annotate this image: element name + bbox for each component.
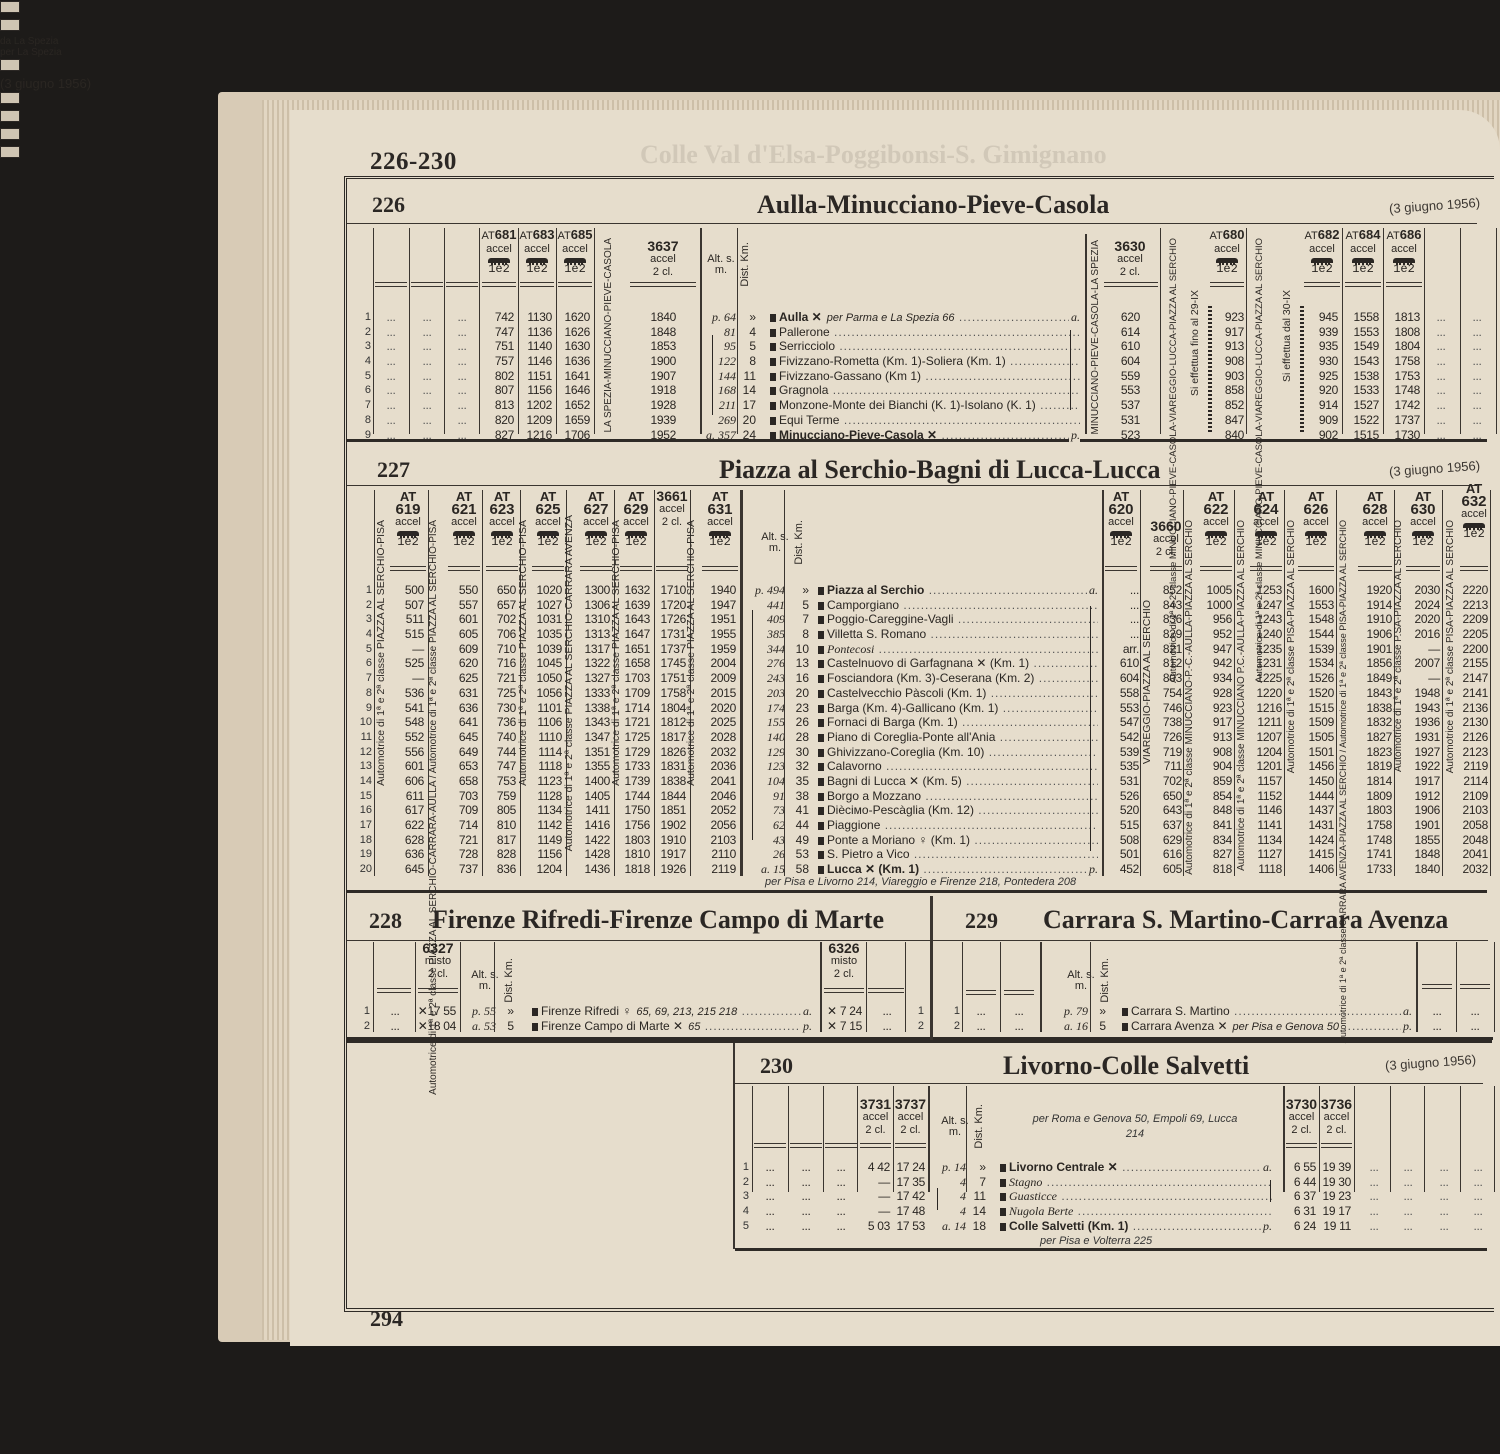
time-column: 162016261630163616411646165216591706 <box>556 310 590 442</box>
time-cell: 706 <box>484 627 516 642</box>
train-type: accel <box>1100 253 1160 266</box>
time-cell: 1201 <box>1248 759 1282 774</box>
time-cell: 616 <box>1148 847 1182 862</box>
empty-cell: ... <box>380 1019 410 1034</box>
column-divider <box>1496 228 1497 434</box>
footnote: per Pisa e Livorno 214, Viareggio e Fire… <box>765 876 1076 888</box>
station-marker-icon <box>1000 1208 1006 1216</box>
column-divider <box>1354 1086 1355 1192</box>
station-name: Fornaci di Barga (Km. 1) <box>827 715 958 729</box>
column-divider <box>1284 490 1285 876</box>
route-note: Automotrice di 1ª e 2ª classe PISA-PIAZZ… <box>1445 520 1456 773</box>
time-cell: 1725 <box>618 730 650 745</box>
time-cell: 26 <box>741 847 785 862</box>
station-row: Piaggione ..............................… <box>818 818 1098 833</box>
time-cell: 1211 <box>1248 715 1282 730</box>
time-cell: 5 <box>787 598 809 613</box>
time-cell: 657 <box>484 598 516 613</box>
empty-cell: ... <box>1430 1175 1458 1190</box>
railcar-icon <box>625 531 647 536</box>
time-cell: 1651 <box>618 642 650 657</box>
empty-column: ........................... <box>412 310 442 442</box>
time-cell: 19 39 <box>1319 1160 1351 1175</box>
time-cell: 747 <box>484 759 516 774</box>
time-cell: 523 <box>1110 428 1140 443</box>
station-marker-icon <box>770 402 776 410</box>
time-cell: 759 <box>484 789 516 804</box>
station-row: Guasticce ..............................… <box>1000 1189 1272 1204</box>
station-marker-icon <box>532 1023 538 1031</box>
time-cell: p. 64 <box>700 310 736 325</box>
time-cell: 611 <box>388 789 424 804</box>
station-name: Ghivizzano-Coreglia (Km. 10) <box>827 745 984 759</box>
time-cell: 945 <box>1302 310 1338 325</box>
arrival-departure-mark: p. <box>1401 1019 1412 1034</box>
route-note: Automotrice di 1ª e 2ª classe MINUCCIANO… <box>1236 520 1247 871</box>
station-marker-icon <box>818 837 824 845</box>
time-cell: 4 <box>738 325 756 340</box>
empty-cell: ... <box>827 1204 855 1219</box>
table-number: 227 <box>377 457 410 483</box>
header-rule <box>1460 984 1490 989</box>
train-class: 2 cl. <box>1148 546 1184 559</box>
leader-dots: ........................................… <box>882 759 1098 773</box>
time-cell: 658 <box>446 774 478 789</box>
time-cell: 6 24 <box>1284 1219 1316 1234</box>
column-divider <box>866 942 867 1032</box>
time-cell: 641 <box>446 715 478 730</box>
empty-cell: ... <box>756 1204 784 1219</box>
restaurant-icon <box>0 0 1500 18</box>
empty-cell: ... <box>447 354 477 369</box>
page-range-header: 226-230 <box>370 148 457 176</box>
table-226-body: 123456789...............................… <box>0 0 1500 76</box>
train-number: 3736 <box>1319 1098 1354 1111</box>
time-cell: 556 <box>388 745 424 760</box>
time-cell: 1900 <box>640 354 676 369</box>
train-number: 621 <box>446 503 482 516</box>
altitude-column: p. 648195122144168211269a. 357 <box>700 310 736 442</box>
train-prefix: AT <box>1210 230 1223 242</box>
train-id: AT685 <box>556 228 594 243</box>
time-cell: — <box>858 1204 890 1219</box>
time-cell: 537 <box>1110 398 1140 413</box>
time-cell: 610 <box>1110 339 1140 354</box>
time-cell: 1127 <box>1248 847 1282 862</box>
time-column: 923917913908903858852847840 <box>1210 310 1244 442</box>
time-cell: 1538 <box>1343 369 1379 384</box>
to-note: per La Spezia <box>0 47 1500 58</box>
time-cell: 1156 <box>518 383 552 398</box>
header-rule <box>482 282 516 287</box>
time-cell: » <box>1090 1004 1106 1019</box>
station-list: Piazza al Serchio ......................… <box>818 583 1098 877</box>
column-divider <box>752 1086 753 1192</box>
train-class: 2 cl. <box>628 266 698 279</box>
railcar-icon <box>1311 258 1333 263</box>
time-cell: 4 <box>928 1204 966 1219</box>
leader-dots: ........................................… <box>970 833 1098 847</box>
time-cell: 1737 <box>654 642 686 657</box>
empty-cell: ... <box>1360 1219 1388 1234</box>
empty-cell: ... <box>756 1160 784 1175</box>
column-divider <box>1336 490 1337 876</box>
time-cell: 636 <box>446 701 478 716</box>
empty-cell: ... <box>376 413 406 428</box>
time-cell: 742 <box>480 310 514 325</box>
time-cell: 155 <box>741 715 785 730</box>
time-cell: 1641 <box>556 369 590 384</box>
station-marker-icon <box>770 343 776 351</box>
time-cell: 847 <box>1210 413 1244 428</box>
time-cell: 636 <box>388 847 424 862</box>
empty-cell: ... <box>1426 339 1456 354</box>
time-cell: 1101 <box>530 701 562 716</box>
time-cell: 1848 <box>640 325 676 340</box>
empty-cell: ... <box>792 1189 820 1204</box>
train-prefix: AT <box>1346 230 1359 242</box>
empty-cell: ... <box>412 398 442 413</box>
time-cell: 903 <box>1210 369 1244 384</box>
train-type: accel <box>1302 243 1342 256</box>
train-type: accel <box>484 516 520 529</box>
time-cell: 1917 <box>654 847 686 862</box>
station-marker-icon <box>770 387 776 395</box>
train-type: accel <box>578 516 614 529</box>
time-cell: 1424 <box>1296 833 1334 848</box>
time-cell: 1338 <box>578 701 610 716</box>
time-cell: 1400 <box>578 774 610 789</box>
time-cell: 631 <box>446 686 478 701</box>
column-divider <box>482 490 483 876</box>
header-rule <box>860 1143 891 1148</box>
empty-cell: ... <box>1394 1175 1422 1190</box>
train-type: accel <box>1384 243 1424 256</box>
header-rule <box>966 990 996 995</box>
leader-dots: ........................................… <box>1042 1175 1272 1189</box>
column-divider <box>409 228 410 434</box>
leader-dots: ........................................… <box>880 818 1098 832</box>
empty-cell: ... <box>412 413 442 428</box>
station-marker-icon <box>1000 1179 1006 1187</box>
time-cell: 1110 <box>530 730 562 745</box>
leader-dots: ........................................… <box>974 803 1098 817</box>
leader-dots: ........................................… <box>1118 1160 1272 1174</box>
station-name: Castelnuovo di Garfagnana ✕ (Km. 1) <box>827 656 1029 670</box>
train-header: 6327misto2 cl. <box>416 942 460 981</box>
station-row: Dièciмo-Pescàglia (Km. 12) .............… <box>818 803 1098 818</box>
train-prefix: AT <box>1387 230 1400 242</box>
time-cell: 174 <box>741 701 785 716</box>
empty-cell: ... <box>376 339 406 354</box>
time-cell: 28 <box>787 730 809 745</box>
time-cell: 628 <box>388 833 424 848</box>
time-cell: 812 <box>1148 656 1182 671</box>
time-cell: 2110 <box>700 847 736 862</box>
train-header: AT631accel1e2 <box>700 490 740 549</box>
time-cell: 1253 <box>1248 583 1282 598</box>
empty-cell: ... <box>412 310 442 325</box>
time-cell: 1548 <box>1296 612 1334 627</box>
station-note: 65 <box>688 1021 700 1033</box>
time-cell: 1431 <box>1296 818 1334 833</box>
time-cell: 818 <box>1198 862 1232 877</box>
column-divider <box>1494 1086 1495 1192</box>
column-divider <box>1490 490 1491 876</box>
header-rule <box>375 282 407 287</box>
station-marker-icon <box>1122 1023 1128 1031</box>
time-cell: 1343 <box>578 715 610 730</box>
time-cell: 917 <box>1198 715 1232 730</box>
time-cell: 168 <box>700 383 736 398</box>
empty-cell: ... <box>1462 339 1492 354</box>
time-cell: 11 <box>968 1189 986 1204</box>
station-row: S. Pietro a Vico .......................… <box>818 847 1098 862</box>
time-cell: 852 <box>1210 398 1244 413</box>
empty-column: ...... <box>380 1004 410 1033</box>
time-cell: 1647 <box>618 627 650 642</box>
train-type: accel <box>1248 516 1284 529</box>
time-cell: 1902 <box>654 818 686 833</box>
time-cell: 4 42 <box>858 1160 890 1175</box>
row-number: 3 <box>735 1189 749 1204</box>
time-cell: 601 <box>446 612 478 627</box>
row-number: 6 <box>353 383 371 398</box>
time-cell: 610 <box>1103 656 1139 671</box>
time-cell: 1914 <box>1356 598 1392 613</box>
station-name: Equi Terme <box>779 413 839 427</box>
train-header: 3737accel2 cl. <box>893 1098 928 1137</box>
table-number: 230 <box>760 1053 793 1079</box>
table-title: Firenze Rifredi-Firenze Campo di Marte <box>432 905 884 935</box>
time-column: 155815531549154315381533152715221515 <box>1343 310 1379 442</box>
time-cell: 1901 <box>1404 818 1440 833</box>
time-cell: 1333 <box>578 686 610 701</box>
train-header: 3730accel2 cl. <box>1284 1098 1319 1137</box>
empty-cell: ... <box>827 1175 855 1190</box>
header-rule <box>1250 566 1282 571</box>
time-cell: 836 <box>484 862 516 877</box>
station-marker-icon <box>770 314 776 322</box>
time-cell: 827 <box>480 428 514 443</box>
row-number: 3 <box>350 612 372 627</box>
arrival-departure-mark: a. <box>1261 1160 1272 1175</box>
time-cell: 557 <box>446 598 478 613</box>
station-marker-icon <box>1000 1193 1006 1201</box>
train-header: AT626accel1e2 <box>1296 490 1336 549</box>
time-cell: 344 <box>741 642 785 657</box>
empty-cell: ... <box>1394 1204 1422 1219</box>
empty-cell: ... <box>412 383 442 398</box>
empty-cell: ... <box>376 383 406 398</box>
leader-dots: ........................................… <box>910 847 1099 861</box>
time-cell: 2015 <box>700 686 736 701</box>
time-cell: 2130 <box>1458 715 1488 730</box>
time-cell: 1539 <box>1296 642 1334 657</box>
time-cell: 1906 <box>1356 627 1392 642</box>
station-marker-icon <box>818 660 824 668</box>
train-number: 3737 <box>893 1098 928 1111</box>
train-type: accel <box>1356 516 1394 529</box>
time-cell: 104 <box>741 774 785 789</box>
time-cell: 1216 <box>1248 701 1282 716</box>
time-cell: 1526 <box>1296 671 1334 686</box>
time-cell: 1553 <box>1296 598 1334 613</box>
time-cell: 711 <box>1148 759 1182 774</box>
distance-header: Dist. Km. <box>740 242 751 287</box>
train-header: AT630accel1e2 <box>1404 490 1442 549</box>
time-cell: 1751 <box>654 671 686 686</box>
empty-cell: ... <box>756 1189 784 1204</box>
station-name: Pontecosi <box>827 642 874 656</box>
header-rule <box>825 1143 857 1148</box>
station-row: Fornaci di Barga (Km. 1) ...............… <box>818 715 1098 730</box>
time-cell: 2009 <box>700 671 736 686</box>
time-cell: 1853 <box>640 339 676 354</box>
station-marker-icon <box>818 763 824 771</box>
row-number: 2 <box>350 598 372 613</box>
time-cell: 751 <box>480 339 514 354</box>
time-cell: 1056 <box>530 686 562 701</box>
railcar-icon <box>1255 531 1277 536</box>
station-marker-icon <box>818 866 824 874</box>
station-row: Firenze Campo di Marte ✕65 .............… <box>532 1019 812 1034</box>
time-cell: ... <box>1103 612 1139 627</box>
time-cell: p. 494 <box>741 583 785 598</box>
time-cell: 2147 <box>1458 671 1488 686</box>
time-cell: 1856 <box>1356 656 1392 671</box>
time-cell: 1243 <box>1248 612 1282 627</box>
row-number: 9 <box>353 428 371 443</box>
time-cell: 1804 <box>654 701 686 716</box>
column-divider <box>737 228 738 434</box>
row-number: 1 <box>735 1160 749 1175</box>
column-divider <box>966 1086 967 1192</box>
time-cell: 17 42 <box>893 1189 925 1204</box>
time-cell: 44 <box>787 818 809 833</box>
railcar-icon <box>585 531 607 536</box>
station-row: Monzone-Monte dei Bianchi (K. 1)-Isolano… <box>770 398 1080 413</box>
time-cell: 1814 <box>1356 774 1392 789</box>
time-cell: 1826 <box>654 745 686 760</box>
train-type: accel <box>628 253 698 266</box>
time-cell: 6 37 <box>1284 1189 1316 1204</box>
time-cell: 1840 <box>1404 862 1440 877</box>
train-number: 630 <box>1404 503 1442 516</box>
time-cell: 1630 <box>556 339 590 354</box>
time-cell: 1744 <box>618 789 650 804</box>
time-cell: 904 <box>1198 759 1232 774</box>
time-cell: 1831 <box>654 759 686 774</box>
table-number: 229 <box>965 908 998 934</box>
station-name: Firenze Campo di Marte ✕ <box>541 1019 683 1033</box>
time-cell: 753 <box>484 774 516 789</box>
column-divider <box>1456 942 1457 1032</box>
station-row: Equi Terme .............................… <box>770 413 1080 428</box>
empty-column: ............... <box>1394 1160 1422 1233</box>
time-cell: 2155 <box>1458 656 1488 671</box>
time-cell: 601 <box>388 759 424 774</box>
time-cell: p. 14 <box>928 1160 966 1175</box>
time-cell: 807 <box>480 383 514 398</box>
train-number: 3660 <box>1148 520 1184 533</box>
time-cell: 2020 <box>1404 612 1440 627</box>
empty-cell: ... <box>1426 354 1456 369</box>
arrival-departure-mark: a. <box>1087 583 1098 598</box>
train-prefix: AT <box>520 230 533 242</box>
leader-dots: ........................................… <box>899 598 1098 612</box>
leader-dots: ........................................… <box>998 701 1098 715</box>
time-column: 1253124712431240123512311225122012161211… <box>1248 583 1282 877</box>
railcar-icon <box>1305 531 1327 536</box>
time-column: 1632163916431647165116581703170917141721… <box>618 583 650 877</box>
time-cell: 1939 <box>640 413 676 428</box>
train-type: accel <box>1458 508 1490 521</box>
time-cell: 1240 <box>1248 627 1282 642</box>
time-cell: 803 <box>1148 671 1182 686</box>
arrival-departure-mark: p. <box>1087 862 1098 877</box>
time-cell: 1134 <box>530 803 562 818</box>
train-header: AT680accel1e2 <box>1208 228 1246 276</box>
time-cell: 1753 <box>1384 369 1420 384</box>
time-cell: 1748 <box>1356 833 1392 848</box>
empty-cell: ... <box>1464 1160 1492 1175</box>
column-divider <box>1416 942 1418 1032</box>
down-arrow-icon <box>937 1188 938 1210</box>
time-cell: 1549 <box>1343 339 1379 354</box>
time-cell: 1306 <box>578 598 610 613</box>
time-cell: 1231 <box>1248 656 1282 671</box>
time-cell: 1130 <box>518 310 552 325</box>
time-cell: 520 <box>1103 803 1139 818</box>
time-cell: 511 <box>388 612 424 627</box>
row-number: 4 <box>353 354 371 369</box>
column-divider <box>788 1086 789 1192</box>
time-cell: 614 <box>1110 325 1140 340</box>
time-cell: 2109 <box>1458 789 1488 804</box>
time-cell: 1134 <box>1248 833 1282 848</box>
station-name: Camporgiano <box>827 598 899 612</box>
train-header: AT620accel1e2 <box>1103 490 1139 549</box>
station-marker-icon <box>818 851 824 859</box>
time-cell: 1142 <box>530 818 562 833</box>
station-marker-icon <box>818 602 824 610</box>
time-cell: 637 <box>1148 818 1182 833</box>
restaurant-icon <box>0 58 1500 76</box>
row-number: 7 <box>350 671 372 686</box>
time-cell: 2030 <box>1404 583 1440 598</box>
empty-cell: ... <box>376 398 406 413</box>
empty-cell: ... <box>1394 1219 1422 1234</box>
time-cell: 653 <box>446 759 478 774</box>
header-rule <box>1386 282 1422 287</box>
time-cell: ... <box>1103 598 1139 613</box>
empty-cell: ... <box>1360 1189 1388 1204</box>
station-name: Minucciano-Pieve-Casola ✕ <box>779 428 937 442</box>
station-name: Fivizzano-Gassano (Km 1) <box>779 369 921 383</box>
altitude-column: p. 14444a. 14 <box>928 1160 966 1233</box>
train-number: 684 <box>1359 227 1381 242</box>
empty-cell: ... <box>1426 325 1456 340</box>
time-cell: 1818 <box>618 862 650 877</box>
time-cell: 441 <box>741 598 785 613</box>
time-cell: 643 <box>1148 803 1182 818</box>
empty-cell: ... <box>1464 1204 1492 1219</box>
time-cell: 1714 <box>618 701 650 716</box>
time-cell: 721 <box>484 671 516 686</box>
empty-cell: ... <box>376 354 406 369</box>
time-cell: 2007 <box>1404 656 1440 671</box>
